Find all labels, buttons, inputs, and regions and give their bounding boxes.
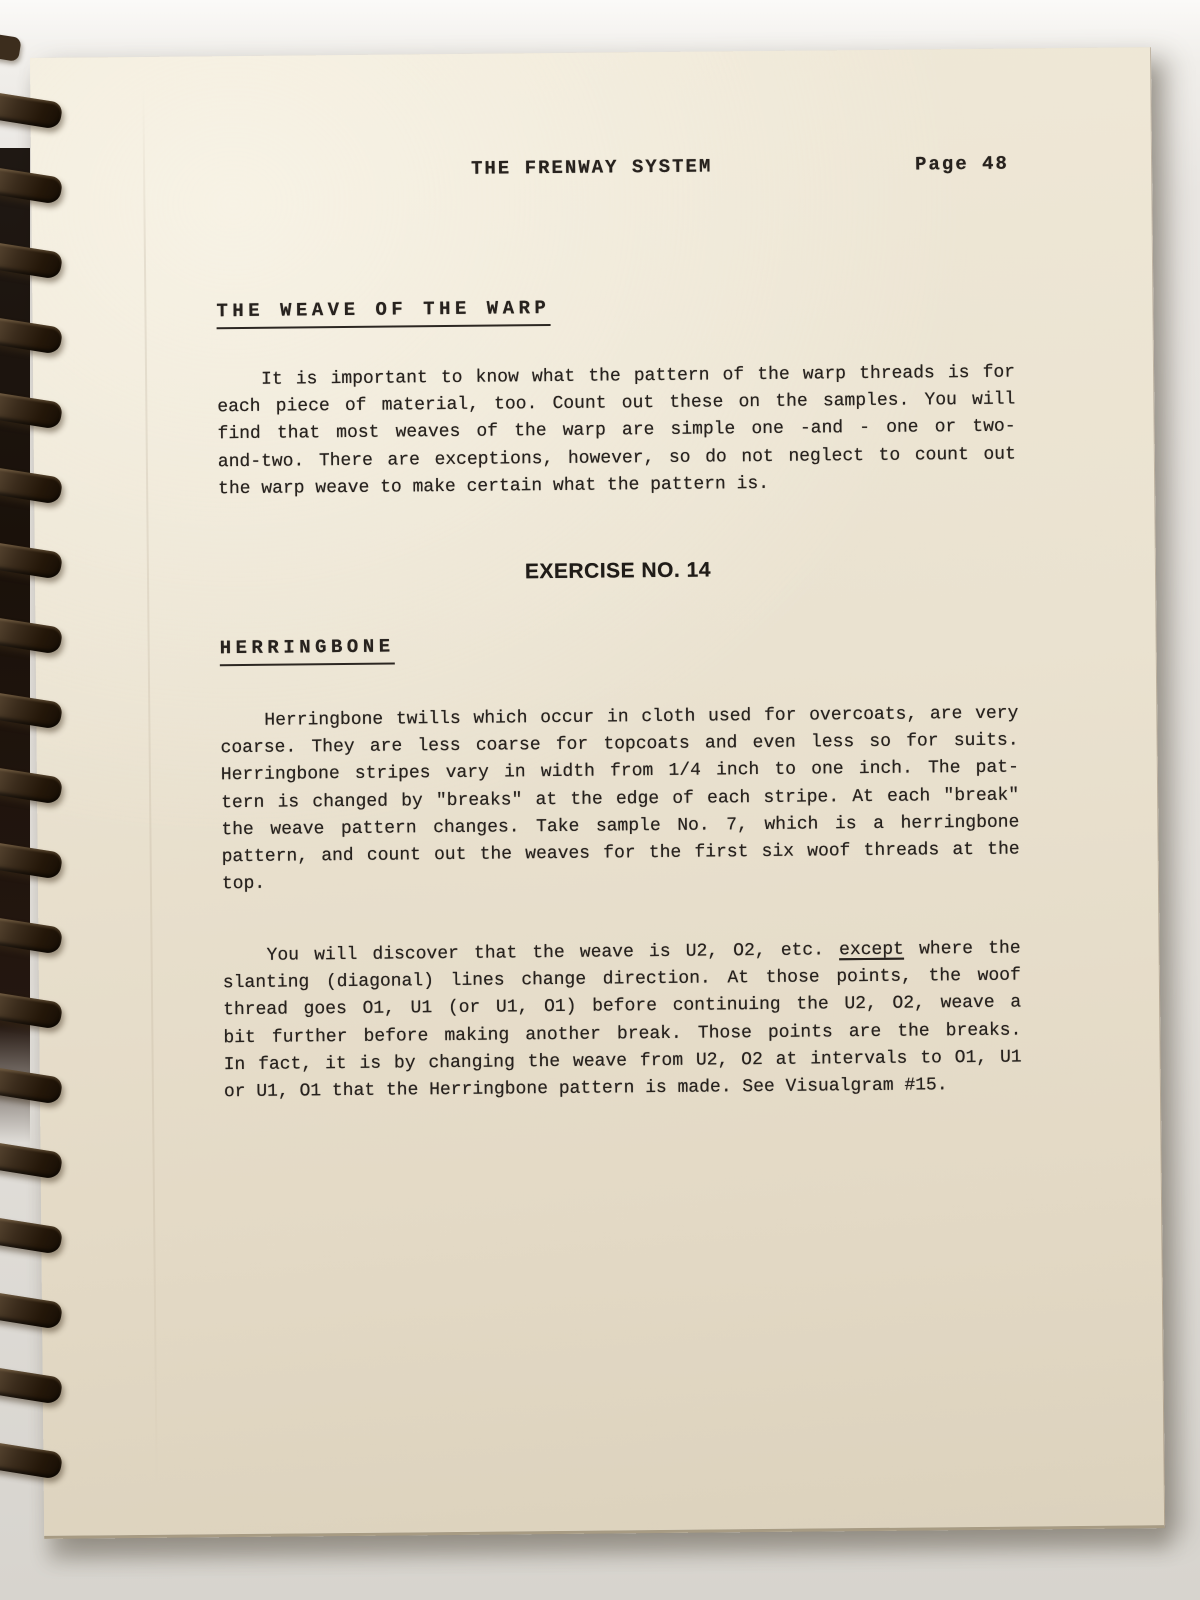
document-title: THE FRENWAY SYSTEM (471, 155, 712, 179)
paragraph-warp-weave: It is important to know what the pattern… (217, 360, 1016, 504)
paragraph-herringbone-weave: You will discover that the weave is U2, … (223, 936, 1023, 1107)
page-number: Page 48 (915, 153, 1009, 176)
comb-tooth-partial (0, 34, 22, 62)
section-heading-weave-of-warp: THE WEAVE OF THE WARP (216, 297, 550, 329)
binding-crease (142, 87, 158, 1497)
section-heading-herringbone: HERRINGBONE (220, 636, 395, 667)
photo-background: THE FRENWAY SYSTEM Page 48 THE WEAVE OF … (0, 0, 1200, 1600)
exercise-heading: EXERCISE NO. 14 (219, 556, 1017, 588)
paragraph-herringbone-intro: Herringbone twills which occur in cloth … (220, 701, 1020, 899)
document-page: THE FRENWAY SYSTEM Page 48 THE WEAVE OF … (30, 47, 1165, 1539)
